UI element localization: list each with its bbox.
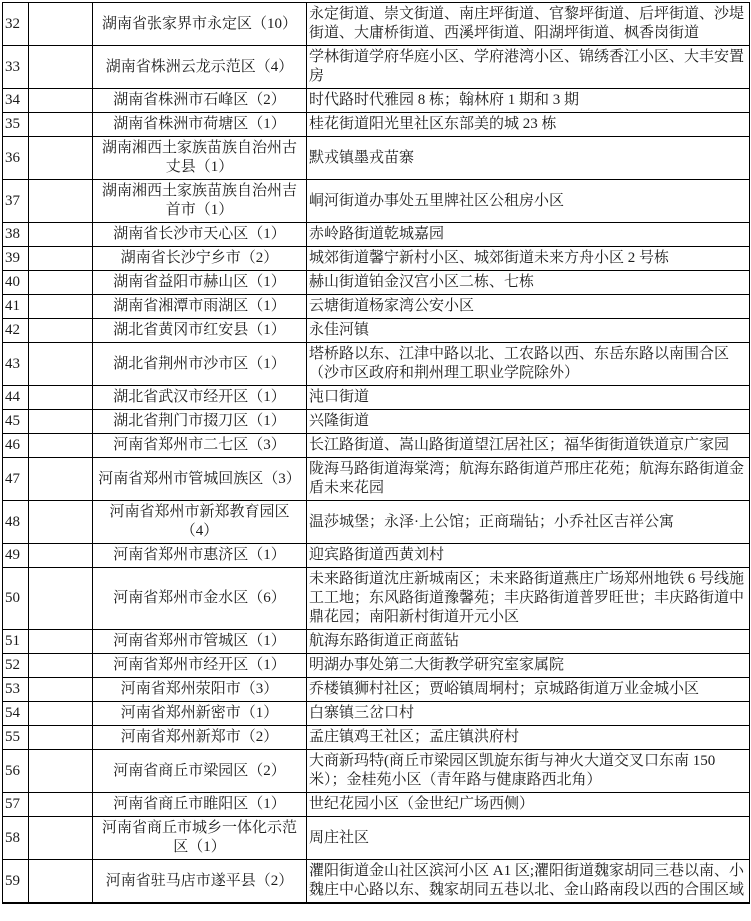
areas-detail-cell: 兴隆街道 <box>307 410 750 434</box>
table-row: 44湖北省武汉市经开区（1）沌口街道 <box>3 386 750 410</box>
row-number-cell: 39 <box>3 247 29 271</box>
row-number-cell: 33 <box>3 46 29 89</box>
empty-flag-cell <box>29 319 93 343</box>
row-number-cell: 59 <box>3 860 29 904</box>
row-number-cell: 53 <box>3 678 29 702</box>
areas-detail-cell: 默戎镇墨戎苗寨 <box>307 137 750 180</box>
region-name-cell: 湖北省荆州市沙市区（1） <box>93 343 307 386</box>
row-number-cell: 44 <box>3 386 29 410</box>
region-name-cell: 湖南省长沙市天心区（1） <box>93 223 307 247</box>
row-number-cell: 37 <box>3 180 29 223</box>
row-number-cell: 35 <box>3 113 29 137</box>
table-row: 51河南省郑州市管城区（1）航海东路街道正商蓝钻 <box>3 630 750 654</box>
row-number-cell: 57 <box>3 793 29 817</box>
region-name-cell: 河南省郑州新郑市（2） <box>93 726 307 750</box>
areas-detail-cell: 云塘街道杨家湾公安小区 <box>307 295 750 319</box>
region-name-cell: 河南省郑州市二七区（3） <box>93 434 307 458</box>
areas-detail-cell: 明湖办事处第二大街教学研究室家属院 <box>307 654 750 678</box>
row-number-cell: 36 <box>3 137 29 180</box>
table-row: 42湖北省黄冈市红安县（1）永佳河镇 <box>3 319 750 343</box>
areas-detail-cell: 沌口街道 <box>307 386 750 410</box>
region-name-cell: 河南省商丘市梁园区（2） <box>93 750 307 793</box>
areas-detail-cell: 赤岭路街道乾城嘉园 <box>307 223 750 247</box>
row-number-cell: 49 <box>3 544 29 568</box>
areas-detail-cell: 陇海马路街道海棠湾；航海东路街道芦邢庄花苑；航海东路街道金盾未来花园 <box>307 458 750 501</box>
region-name-cell: 湖南省株洲市石峰区（2） <box>93 89 307 113</box>
empty-flag-cell <box>29 343 93 386</box>
areas-detail-cell: 大商新玛特(商丘市梁园区凯旋东街与神火大道交叉口东南 150米）；金桂苑小区（青… <box>307 750 750 793</box>
empty-flag-cell <box>29 386 93 410</box>
table-row: 53河南省郑州荥阳市（3）乔楼镇狮村社区；贾峪镇周垌村；京城路街道万业金城小区 <box>3 678 750 702</box>
areas-detail-cell: 迎宾路街道西黄刘村 <box>307 544 750 568</box>
region-name-cell: 河南省驻马店市遂平县（2） <box>93 860 307 904</box>
table-row: 55河南省郑州新郑市（2）孟庄镇鸡王社区；孟庄镇洪府村 <box>3 726 750 750</box>
region-name-cell: 河南省郑州新密市（1） <box>93 702 307 726</box>
region-name-cell: 河南省郑州市金水区（6） <box>93 568 307 630</box>
table-row: 33湖南省株洲云龙示范区（4）学林街道学府华庭小区、学府港湾小区、锦绣香江小区、… <box>3 46 750 89</box>
areas-detail-cell: 永佳河镇 <box>307 319 750 343</box>
row-number-cell: 43 <box>3 343 29 386</box>
empty-flag-cell <box>29 223 93 247</box>
row-number-cell: 41 <box>3 295 29 319</box>
areas-detail-cell: 温莎城堡；永泽·上公馆；正商瑞钻；小乔社区吉祥公寓 <box>307 501 750 544</box>
row-number-cell: 51 <box>3 630 29 654</box>
row-number-cell: 52 <box>3 654 29 678</box>
empty-flag-cell <box>29 137 93 180</box>
table-row: 34湖南省株洲市石峰区（2）时代路时代雅园 8 栋；翰林府 1 期和 3 期 <box>3 89 750 113</box>
table-row: 32湖南省张家界市永定区（10）永定街道、崇文街道、南庄坪街道、官黎坪街道、后坪… <box>3 3 750 46</box>
empty-flag-cell <box>29 568 93 630</box>
empty-flag-cell <box>29 793 93 817</box>
row-number-cell: 56 <box>3 750 29 793</box>
areas-detail-cell: 长江路街道、嵩山路街道望江居社区；福华街街道铁道京广家园 <box>307 434 750 458</box>
table-row: 54河南省郑州新密市（1）白寨镇三岔口村 <box>3 702 750 726</box>
region-name-cell: 湖北省黄冈市红安县（1） <box>93 319 307 343</box>
table-row: 48河南省郑州市新郑教育园区（4）温莎城堡；永泽·上公馆；正商瑞钻；小乔社区吉祥… <box>3 501 750 544</box>
table-row: 35湖南省株洲市荷塘区（1）桂花街道阳光里社区东部美的城 23 栋 <box>3 113 750 137</box>
table-row: 45湖北省荆门市掇刀区（1）兴隆街道 <box>3 410 750 434</box>
region-name-cell: 湖南湘西土家族苗族自治州古丈县（1） <box>93 137 307 180</box>
empty-flag-cell <box>29 678 93 702</box>
table-row: 49河南省郑州市惠济区（1）迎宾路街道西黄刘村 <box>3 544 750 568</box>
areas-detail-cell: 塔桥路以东、江津中路以北、工农路以西、东岳东路以南围合区（沙市区政府和荆州理工职… <box>307 343 750 386</box>
empty-flag-cell <box>29 860 93 904</box>
row-number-cell: 58 <box>3 817 29 860</box>
areas-detail-cell: 周庄社区 <box>307 817 750 860</box>
region-name-cell: 湖北省武汉市经开区（1） <box>93 386 307 410</box>
areas-detail-cell: 航海东路街道正商蓝钻 <box>307 630 750 654</box>
table-row: 38湖南省长沙市天心区（1）赤岭路街道乾城嘉园 <box>3 223 750 247</box>
areas-detail-cell: 未来路街道沈庄新城南区；未来路街道燕庄广场郑州地铁 6 号线施工工地；东风路街道… <box>307 568 750 630</box>
table-row: 47河南省郑州市管城回族区（3）陇海马路街道海棠湾；航海东路街道芦邢庄花苑；航海… <box>3 458 750 501</box>
region-name-cell: 河南省郑州市管城回族区（3） <box>93 458 307 501</box>
empty-flag-cell <box>29 295 93 319</box>
document-page: 32湖南省张家界市永定区（10）永定街道、崇文街道、南庄坪街道、官黎坪街道、后坪… <box>0 0 751 921</box>
region-name-cell: 河南省商丘市城乡一体化示范区（1） <box>93 817 307 860</box>
areas-detail-cell: 永定街道、崇文街道、南庄坪街道、官黎坪街道、后坪街道、沙堤街道、大庸桥街道、西溪… <box>307 3 750 46</box>
risk-area-table: 32湖南省张家界市永定区（10）永定街道、崇文街道、南庄坪街道、官黎坪街道、后坪… <box>2 2 750 904</box>
table-row: 59河南省驻马店市遂平县（2）灈阳街道金山社区滨河小区 A1 区;灈阳街道魏家胡… <box>3 860 750 904</box>
row-number-cell: 54 <box>3 702 29 726</box>
areas-detail-cell: 峒河街道办事处五里牌社区公租房小区 <box>307 180 750 223</box>
region-name-cell: 河南省郑州市惠济区（1） <box>93 544 307 568</box>
row-number-cell: 48 <box>3 501 29 544</box>
empty-flag-cell <box>29 817 93 860</box>
row-number-cell: 42 <box>3 319 29 343</box>
risk-area-table-body: 32湖南省张家界市永定区（10）永定街道、崇文街道、南庄坪街道、官黎坪街道、后坪… <box>3 3 750 904</box>
row-number-cell: 55 <box>3 726 29 750</box>
areas-detail-cell: 灈阳街道金山社区滨河小区 A1 区;灈阳街道魏家胡同三巷以南、小魏庄中心路以东、… <box>307 860 750 904</box>
row-number-cell: 50 <box>3 568 29 630</box>
region-name-cell: 湖南省湘潭市雨湖区（1） <box>93 295 307 319</box>
empty-flag-cell <box>29 458 93 501</box>
table-row: 39湖南省长沙宁乡市（2）城郊街道馨宁新村小区、城郊街道未来方舟小区 2 号栋 <box>3 247 750 271</box>
table-row: 57河南省商丘市睢阳区（1）世纪花园小区（金世纪广场西侧） <box>3 793 750 817</box>
empty-flag-cell <box>29 89 93 113</box>
region-name-cell: 河南省郑州市新郑教育园区（4） <box>93 501 307 544</box>
row-number-cell: 38 <box>3 223 29 247</box>
areas-detail-cell: 城郊街道馨宁新村小区、城郊街道未来方舟小区 2 号栋 <box>307 247 750 271</box>
table-row: 40湖南省益阳市赫山区（1）赫山街道铂金汉宫小区二栋、七栋 <box>3 271 750 295</box>
region-name-cell: 湖南省张家界市永定区（10） <box>93 3 307 46</box>
region-name-cell: 湖北省荆门市掇刀区（1） <box>93 410 307 434</box>
region-name-cell: 河南省商丘市睢阳区（1） <box>93 793 307 817</box>
table-row: 50河南省郑州市金水区（6）未来路街道沈庄新城南区；未来路街道燕庄广场郑州地铁 … <box>3 568 750 630</box>
empty-flag-cell <box>29 726 93 750</box>
empty-flag-cell <box>29 750 93 793</box>
row-number-cell: 47 <box>3 458 29 501</box>
table-row: 43湖北省荆州市沙市区（1）塔桥路以东、江津中路以北、工农路以西、东岳东路以南围… <box>3 343 750 386</box>
table-row: 56河南省商丘市梁园区（2）大商新玛特(商丘市梁园区凯旋东街与神火大道交叉口东南… <box>3 750 750 793</box>
table-row: 41湖南省湘潭市雨湖区（1）云塘街道杨家湾公安小区 <box>3 295 750 319</box>
table-row: 36湖南湘西土家族苗族自治州古丈县（1）默戎镇墨戎苗寨 <box>3 137 750 180</box>
row-number-cell: 32 <box>3 3 29 46</box>
empty-flag-cell <box>29 3 93 46</box>
region-name-cell: 湖南省株洲市荷塘区（1） <box>93 113 307 137</box>
empty-flag-cell <box>29 434 93 458</box>
row-number-cell: 34 <box>3 89 29 113</box>
areas-detail-cell: 时代路时代雅园 8 栋；翰林府 1 期和 3 期 <box>307 89 750 113</box>
empty-flag-cell <box>29 501 93 544</box>
empty-flag-cell <box>29 180 93 223</box>
table-row: 37湖南湘西土家族苗族自治州吉首市（1）峒河街道办事处五里牌社区公租房小区 <box>3 180 750 223</box>
empty-flag-cell <box>29 46 93 89</box>
empty-flag-cell <box>29 630 93 654</box>
table-row: 52河南省郑州市经开区（1）明湖办事处第二大街教学研究室家属院 <box>3 654 750 678</box>
areas-detail-cell: 孟庄镇鸡王社区；孟庄镇洪府村 <box>307 726 750 750</box>
areas-detail-cell: 桂花街道阳光里社区东部美的城 23 栋 <box>307 113 750 137</box>
row-number-cell: 45 <box>3 410 29 434</box>
areas-detail-cell: 学林街道学府华庭小区、学府港湾小区、锦绣香江小区、大丰安置房 <box>307 46 750 89</box>
region-name-cell: 湖南省益阳市赫山区（1） <box>93 271 307 295</box>
empty-flag-cell <box>29 247 93 271</box>
region-name-cell: 河南省郑州市管城区（1） <box>93 630 307 654</box>
region-name-cell: 河南省郑州荥阳市（3） <box>93 678 307 702</box>
areas-detail-cell: 乔楼镇狮村社区；贾峪镇周垌村；京城路街道万业金城小区 <box>307 678 750 702</box>
row-number-cell: 46 <box>3 434 29 458</box>
table-row: 58河南省商丘市城乡一体化示范区（1）周庄社区 <box>3 817 750 860</box>
empty-flag-cell <box>29 654 93 678</box>
region-name-cell: 湖南省长沙宁乡市（2） <box>93 247 307 271</box>
empty-flag-cell <box>29 271 93 295</box>
empty-flag-cell <box>29 113 93 137</box>
table-row: 46河南省郑州市二七区（3）长江路街道、嵩山路街道望江居社区；福华街街道铁道京广… <box>3 434 750 458</box>
areas-detail-cell: 赫山街道铂金汉宫小区二栋、七栋 <box>307 271 750 295</box>
region-name-cell: 湖南湘西土家族苗族自治州吉首市（1） <box>93 180 307 223</box>
areas-detail-cell: 白寨镇三岔口村 <box>307 702 750 726</box>
region-name-cell: 河南省郑州市经开区（1） <box>93 654 307 678</box>
region-name-cell: 湖南省株洲云龙示范区（4） <box>93 46 307 89</box>
empty-flag-cell <box>29 410 93 434</box>
empty-flag-cell <box>29 544 93 568</box>
row-number-cell: 40 <box>3 271 29 295</box>
areas-detail-cell: 世纪花园小区（金世纪广场西侧） <box>307 793 750 817</box>
empty-flag-cell <box>29 702 93 726</box>
